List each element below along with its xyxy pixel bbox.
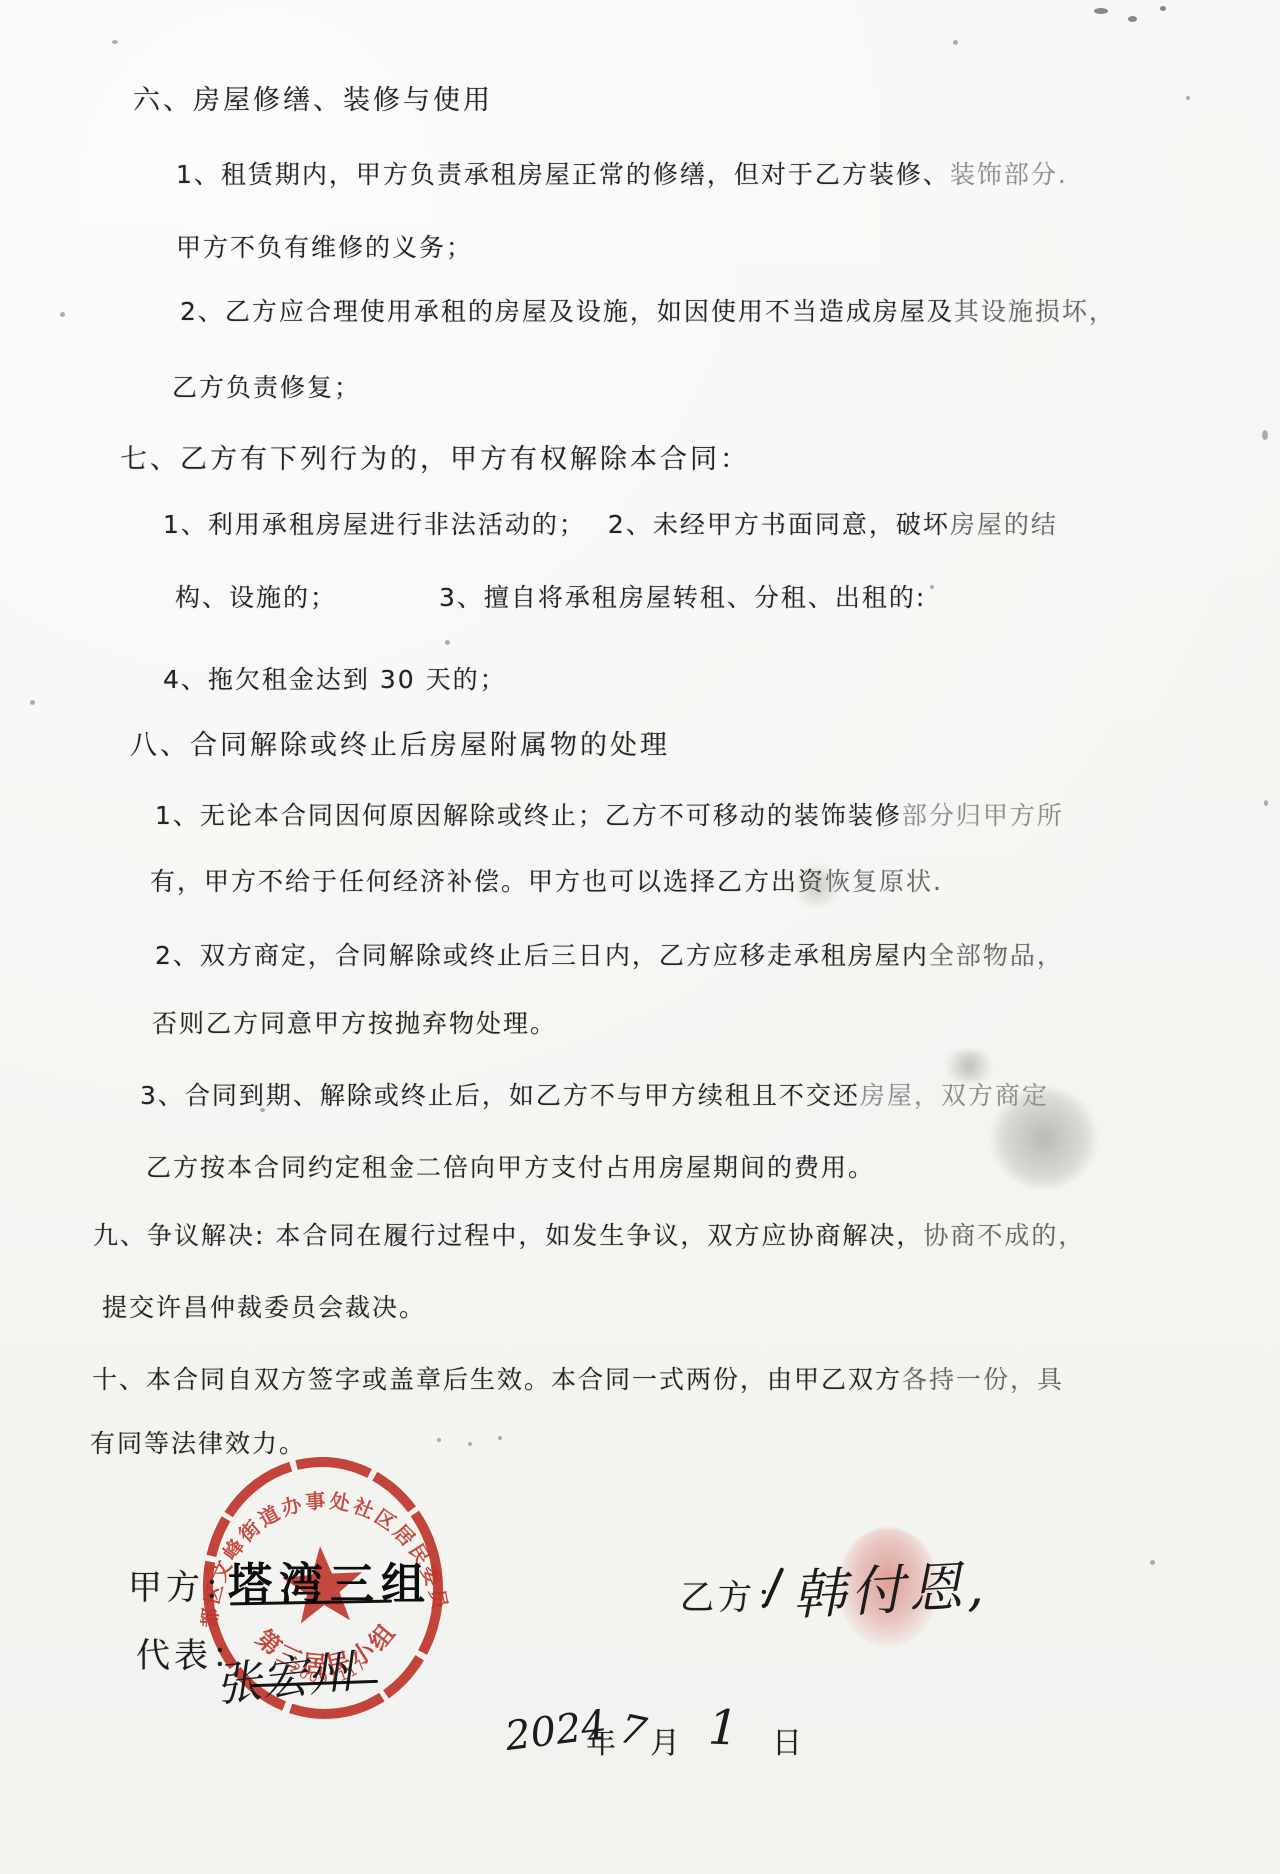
date-month-label-text: 月 [650, 1726, 684, 1761]
clause-line: 3、合同到期、解除或终止后，如乙方不与甲方续租且不交还房屋，双方商定 [140, 1076, 1049, 1112]
clause-text-faded: 各持一份，具 [902, 1365, 1064, 1394]
scan-speck [437, 1438, 441, 1442]
clause-text: 乙方负责修复； [172, 373, 361, 402]
clause-line: 1、利用承租房屋进行非法活动的；2、未经甲方书面同意，破坏房屋的结 [163, 505, 1058, 541]
date-year-label: 年 [586, 1718, 620, 1762]
clause-text-faded: 恢复原状. [825, 867, 943, 896]
clause-text: 有同等法律效力。 [90, 1429, 306, 1458]
scan-speck [1264, 800, 1268, 806]
clause-line: 4、拖欠租金达到 30 天的； [163, 660, 507, 696]
clause-text: 否则乙方同意甲方按抛弃物处理。 [152, 1009, 557, 1038]
scan-speck [498, 1436, 502, 1440]
clause-line: 2、乙方应合理使用承租的房屋及设施，如因使用不当造成房屋及其设施损坏， [180, 292, 1116, 328]
clause-text: 2、未经甲方书面同意，破坏 [586, 510, 950, 539]
clause-text: 甲方不负有维修的义务； [176, 233, 473, 262]
clause-text: 十、本合同自双方签字或盖章后生效。本合同一式两份，由甲乙双方 [92, 1365, 902, 1394]
scan-speck [468, 1442, 472, 1446]
section-heading: 六、房屋修缮、装修与使用 [133, 78, 493, 117]
clause-line: 1、租赁期内，甲方负责承租房屋正常的修缮，但对于乙方装修、装饰部分. [176, 155, 1068, 191]
date-day-text: 1 [707, 1699, 739, 1756]
section7-heading-text: 七、乙方有下列行为的，甲方有权解除本合同： [120, 444, 750, 475]
date-month-handwritten: 7 [615, 1706, 649, 1756]
scan-speck [1186, 96, 1190, 100]
clause-line: 构、设施的；3、擅自将承租房屋转租、分租、出租的: [175, 578, 926, 614]
scan-speck [30, 700, 35, 705]
scan-speck [445, 640, 450, 645]
clause-line: 2、双方商定，合同解除或终止后三日内，乙方应移走承租房屋内全部物品， [155, 936, 1064, 972]
clause-text-faded: 房屋的结 [950, 510, 1058, 539]
date-day-label-text: 日 [772, 1726, 806, 1761]
clause-line: 十、本合同自双方签字或盖章后生效。本合同一式两份，由甲乙双方各持一份，具 [92, 1360, 1064, 1396]
clause-line: 乙方按本合同约定租金二倍向甲方支付占用房屋期间的费用。 [146, 1148, 875, 1184]
clause-text: 2、双方商定，合同解除或终止后三日内，乙方应移走承租房屋内 [155, 941, 929, 970]
date-month-text: 7 [615, 1706, 649, 1756]
clause-line: 九、争议解决: 本合同在履行过程中，如发生争议，双方应协商解决，协商不成的， [93, 1216, 1085, 1252]
scan-speck [1094, 8, 1108, 14]
contract-page: 六、房屋修缮、装修与使用 1、租赁期内，甲方负责承租房屋正常的修缮，但对于乙方装… [0, 0, 1280, 1874]
party-b-signature: 韩付恩, [790, 1543, 989, 1630]
clause-text: 1、租赁期内，甲方负责承租房屋正常的修缮，但对于乙方装修、 [176, 160, 950, 189]
clause-text-faded: 部分归甲方所 [902, 801, 1064, 830]
scan-speck [260, 1108, 265, 1112]
clause-text-faded: 全部物品， [929, 941, 1064, 970]
scan-speck [112, 40, 118, 44]
clause-line: 1、无论本合同因何原因解除或终止；乙方不可移动的装饰装修部分归甲方所 [155, 796, 1064, 832]
clause-text: 2、乙方应合理使用承租的房屋及设施，如因使用不当造成房屋及 [180, 297, 954, 326]
date-day-label: 日 [772, 1718, 806, 1762]
date-month-label: 月 [650, 1718, 684, 1762]
scan-speck [1262, 430, 1268, 440]
scan-stain [940, 1050, 998, 1082]
clause-text: 3、合同到期、解除或终止后，如乙方不与甲方续租且不交还 [140, 1081, 860, 1110]
scan-stain [792, 864, 842, 908]
clause-text-faded: 其设施损坏， [954, 297, 1116, 326]
date-day-handwritten: 1 [707, 1699, 739, 1756]
clause-text: 1、无论本合同因何原因解除或终止；乙方不可移动的装饰装修 [155, 801, 902, 830]
party-b-signature-text: 韩付恩, [791, 1554, 989, 1627]
clause-text: 构、设施的； [175, 583, 337, 612]
clause-text-faded: 装饰部分. [950, 160, 1068, 189]
section-heading: 七、乙方有下列行为的，甲方有权解除本合同： [120, 437, 750, 476]
clause-line: 甲方不负有维修的义务； [176, 228, 473, 264]
representative-signature-text: 张宏州 [213, 1644, 356, 1712]
section8-heading-text: 八、合同解除或终止后房屋附属物的处理 [130, 730, 670, 761]
scan-speck [1160, 6, 1166, 11]
scan-speck [60, 312, 65, 317]
section-heading: 八、合同解除或终止后房屋附属物的处理 [130, 723, 670, 762]
scan-stain [990, 1088, 1098, 1188]
scan-speck [953, 40, 958, 45]
clause-text: 乙方按本合同约定租金二倍向甲方支付占用房屋期间的费用。 [146, 1153, 875, 1182]
party-a-label: 甲方： [128, 1560, 242, 1609]
clause-line: 否则乙方同意甲方按抛弃物处理。 [152, 1004, 557, 1040]
clause-text: 有，甲方不给于任何经济补偿。甲方也可以选择乙方出资 [150, 867, 825, 896]
date-year-label-text: 年 [586, 1726, 620, 1761]
clause-text-faded: 协商不成的， [923, 1221, 1085, 1250]
scan-speck [1150, 1560, 1155, 1565]
scan-speck [1128, 16, 1137, 22]
section6-heading-text: 六、房屋修缮、装修与使用 [133, 85, 493, 116]
clause-line: 乙方负责修复； [172, 368, 361, 404]
scan-speck [930, 585, 934, 589]
clause-text: 3、擅自将承租房屋转租、分租、出租的: [337, 583, 926, 612]
clause-text: 九、争议解决: 本合同在履行过程中，如发生争议，双方应协商解决， [93, 1221, 923, 1250]
clause-text: 4、拖欠租金达到 30 天的； [163, 665, 507, 694]
party-a-label-text: 甲方： [128, 1568, 242, 1608]
clause-text: 1、利用承租房屋进行非法活动的； [163, 510, 586, 539]
clause-text: 提交许昌仲裁委员会裁决。 [102, 1293, 426, 1322]
clause-line: 提交许昌仲裁委员会裁决。 [102, 1288, 426, 1324]
